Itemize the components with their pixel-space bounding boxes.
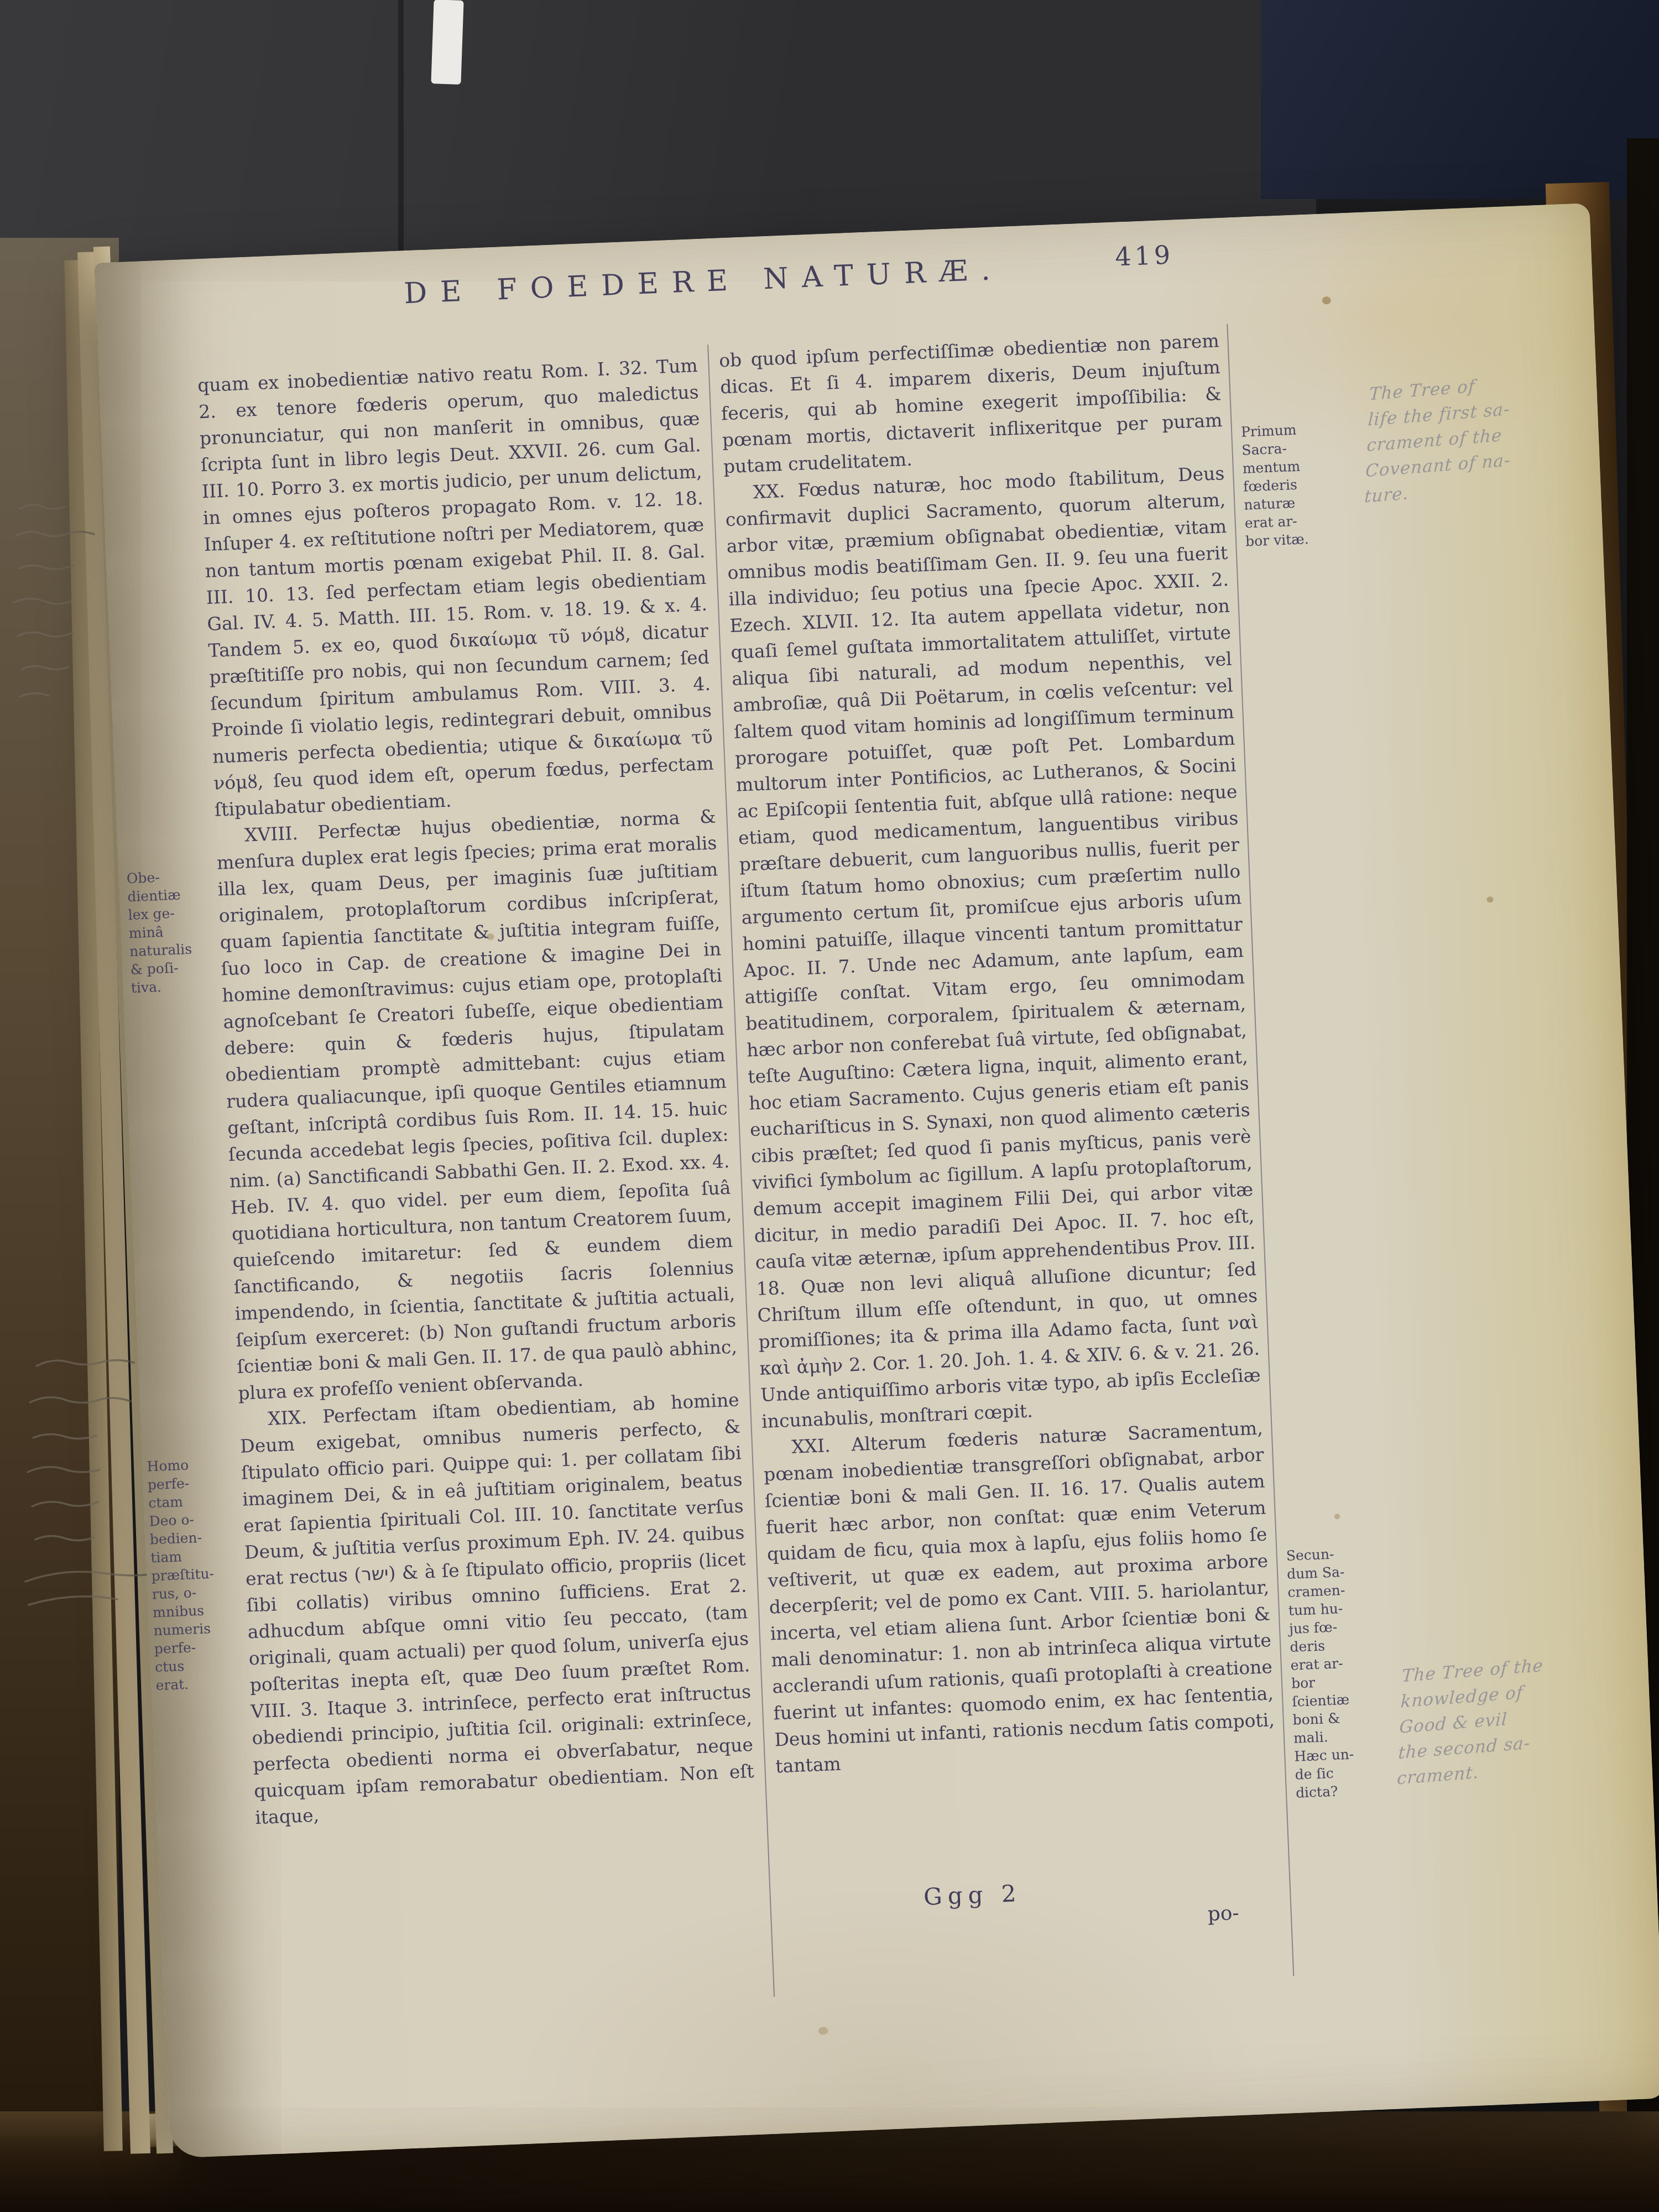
paragraph-xvii-continuation: quam ex inobedientiæ nativo reatu Rom. I… [197, 352, 715, 823]
gathering-signature: Ggg 2 [923, 1880, 1022, 1911]
dark-corner-backdrop [1261, 0, 1659, 199]
foxing-spot [1334, 1514, 1340, 1519]
photo-scene: DE FOEDERE NATURÆ. 419 quam ex inobedien… [0, 0, 1659, 2212]
paragraph-xviii: XVIII. Perfectæ hujus obedientiæ, norma … [215, 803, 739, 1406]
paragraph-xx: XX. Fœdus naturæ, hoc modo ſtabilitum, D… [724, 460, 1262, 1435]
paragraph-xix: XIX. Perfectam iſtam obedientiam, ab hom… [238, 1387, 755, 1832]
handwritten-note-tree-of-life: The Tree of life the first sa- crament o… [1364, 364, 1596, 509]
paragraph-xix-continuation: ob quod ipſum perfectiſſimæ obedientiæ n… [718, 327, 1224, 480]
margin-note-obedientiae-lex: Obe- dientiæ lex ge- minâ naturalis & po… [126, 866, 217, 997]
margin-note-primum-sacramentum: Primum Sacra- mentum fœderis naturæ erat… [1241, 418, 1373, 550]
text-column-left: quam ex inobedientiæ nativo reatu Rom. I… [197, 352, 759, 1919]
foxing-spot [818, 2027, 828, 2035]
catchword: po- [1207, 1902, 1239, 1926]
foxing-spot [1486, 896, 1493, 902]
page-number: 419 [1114, 239, 1174, 272]
handwritten-note-tree-of-knowledge: The Tree of the knowledge of Good & evil… [1396, 1645, 1645, 1791]
text-column-right: ob quod ipſum perfectiſſimæ obedientiæ n… [718, 327, 1281, 1900]
running-header: DE FOEDERE NATURÆ. [178, 244, 1229, 319]
foam-seam [398, 0, 404, 260]
margin-note-homo-perfectus: Homo perfe- ctam Deo o- bedien- tiam præ… [147, 1454, 242, 1694]
book-page: DE FOEDERE NATURÆ. 419 quam ex inobedien… [94, 203, 1659, 2158]
paragraph-xxi: XXI. Alterum fœderis naturæ Sacramentum,… [762, 1415, 1276, 1780]
foam-block-backdrop [0, 0, 863, 276]
foam-block-backdrop [818, 0, 1316, 254]
foxing-spot [1322, 296, 1331, 305]
paper-strip [431, 0, 463, 85]
